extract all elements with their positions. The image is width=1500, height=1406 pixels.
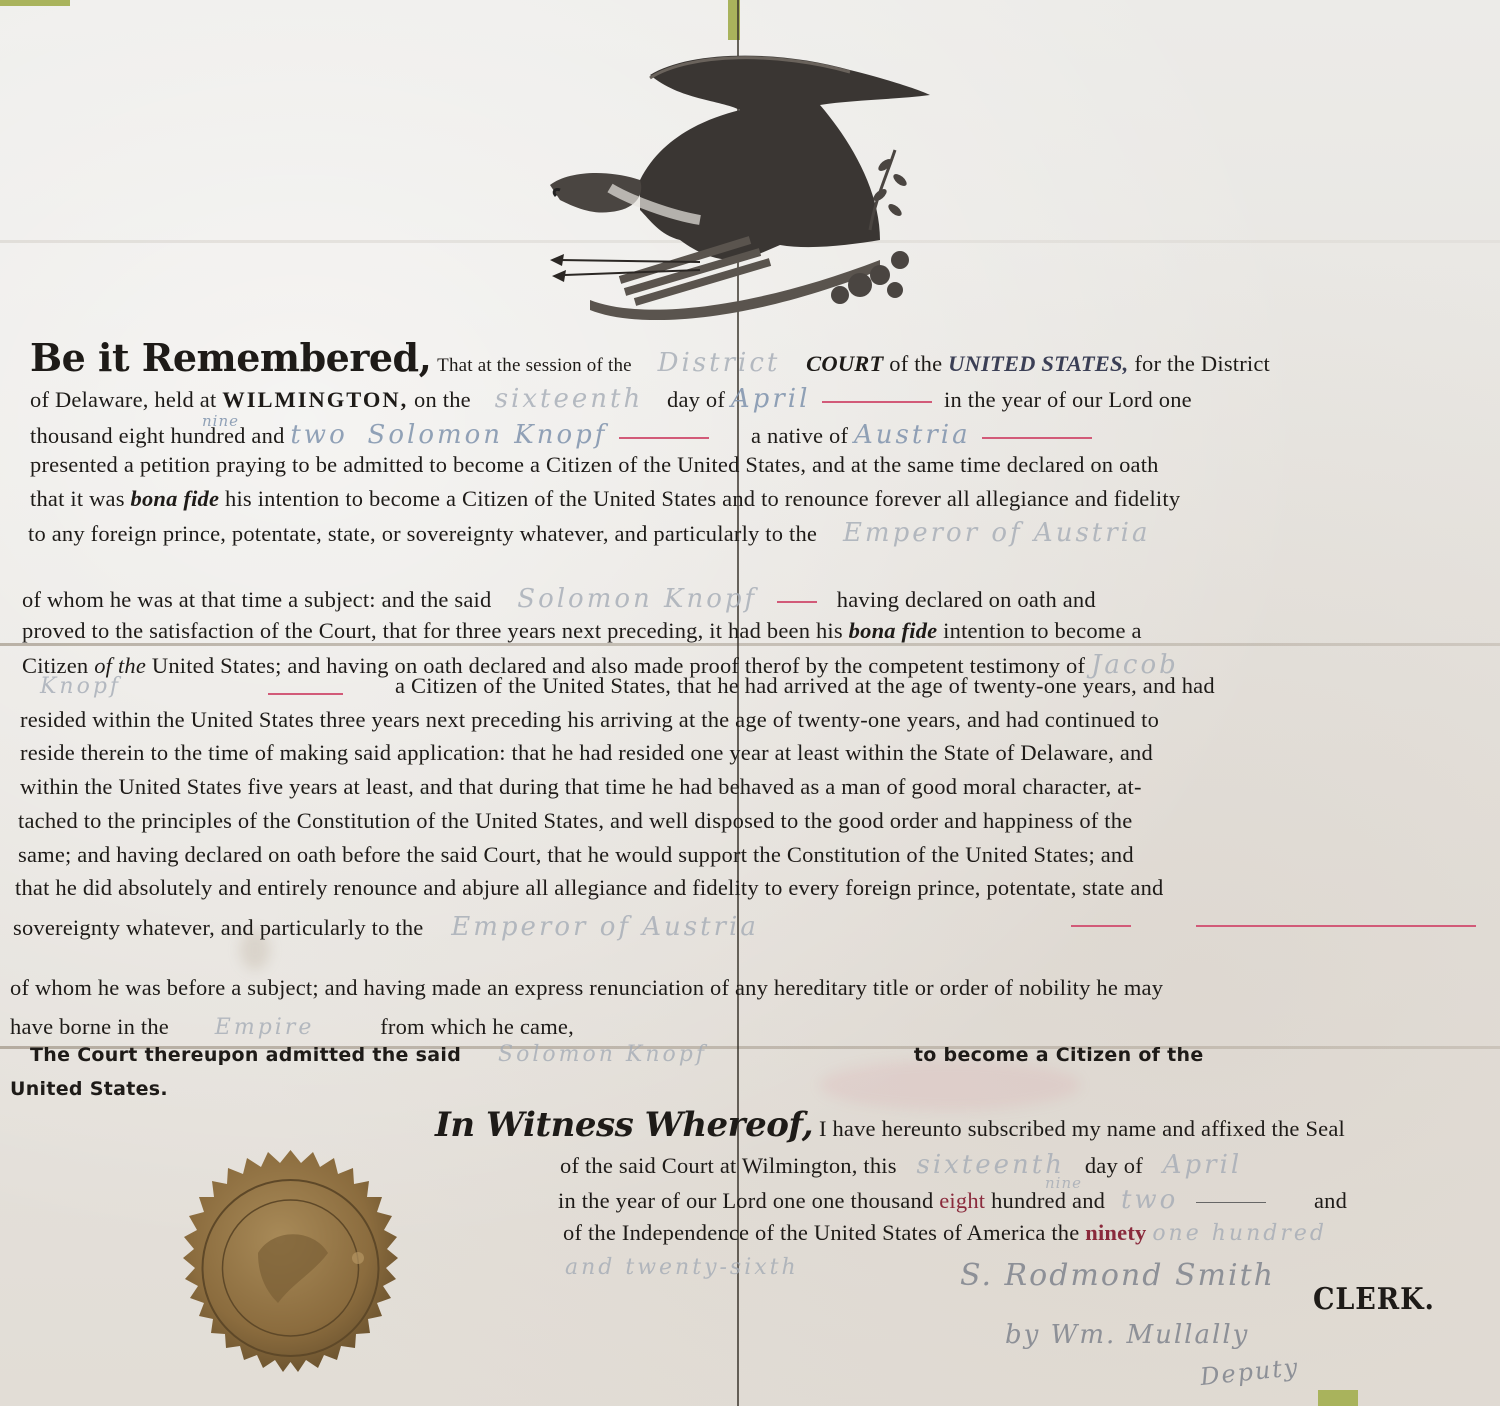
para3-line2: have borne in the Empire from which he c… <box>10 1014 574 1040</box>
handwritten-month: April <box>731 384 810 414</box>
in-witness-whereof-heading: In Witness Whereof, <box>435 1105 813 1145</box>
para2-line4: a Citizen of the United States, that he … <box>395 673 1215 699</box>
handwritten-day: sixteenth <box>917 1150 1065 1180</box>
handwritten-applicant-name: Solomon Knopf <box>498 1042 707 1067</box>
para2-line8: tached to the principles of the Constitu… <box>18 808 1132 834</box>
para1-line3: thousand eight hundred and two Solomon K… <box>30 420 1098 450</box>
clerk-label: CLERK. <box>1313 1282 1435 1317</box>
handwritten-day: sixteenth <box>495 384 643 414</box>
para2-line11: sovereignty whatever, and particularly t… <box>13 912 759 942</box>
witness-line2: of the said Court at Wilmington, this si… <box>560 1150 1242 1180</box>
handwritten-witness-last: Knopf <box>40 674 121 699</box>
handwritten-applicant-name: Solomon Knopf <box>368 420 608 450</box>
para3-line3: The Court thereupon admitted the said So… <box>30 1042 1204 1067</box>
background-edge <box>1318 1390 1358 1406</box>
red-rule <box>1196 925 1476 927</box>
para2-line7: within the United States five years at l… <box>20 774 1142 800</box>
handwritten-applicant-name: Solomon Knopf <box>517 584 757 614</box>
handwritten-independence-year-cont: and twenty-sixth <box>565 1255 799 1280</box>
red-rule <box>619 437 709 439</box>
handwritten-court: District <box>658 348 781 378</box>
handwritten-year: two <box>290 420 347 450</box>
court-seal-icon <box>163 1133 418 1388</box>
be-it-remembered-heading: Be it Remembered, <box>30 335 431 380</box>
witness-line4: of the Independence of the United States… <box>563 1220 1327 1246</box>
para2-line1: of whom he was at that time a subject: a… <box>22 584 1096 614</box>
para1-line4: presented a petition praying to be admit… <box>30 452 1159 478</box>
para1-line2: of Delaware, held at WILMINGTON, on the … <box>30 384 1192 414</box>
handwritten-sovereign: Emperor of Austria <box>451 912 759 942</box>
para1-line5: that it was bona fide his intention to b… <box>30 486 1180 512</box>
deputy-signature: by Wm. Mullally <box>1005 1320 1249 1350</box>
handwritten-month: April <box>1163 1150 1242 1180</box>
witness-line1: In Witness Whereof, I have hereunto subs… <box>435 1105 1345 1145</box>
para2-line2: proved to the satisfaction of the Court,… <box>22 618 1142 644</box>
para2-line9: same; and having declared on oath before… <box>18 842 1134 868</box>
water-stain <box>820 1060 1080 1110</box>
para1-line6: to any foreign prince, potentate, state,… <box>28 518 1151 548</box>
red-rule <box>982 437 1092 439</box>
eagle-emblem-icon <box>550 30 940 320</box>
handwritten-year: two <box>1121 1185 1178 1215</box>
background-edge <box>0 0 70 6</box>
para2-line5: resided within the United States three y… <box>20 707 1159 733</box>
handwritten-country: Austria <box>854 420 971 450</box>
para3-line4: United States. <box>10 1078 168 1100</box>
para3-line1: of whom he was before a subject; and hav… <box>10 975 1163 1001</box>
red-rule <box>1071 925 1131 927</box>
red-rule <box>822 401 932 403</box>
para1-line1: Be it Remembered, That at the session of… <box>30 335 1270 380</box>
para2-line6: reside therein to the time of making sai… <box>20 740 1153 766</box>
para2-line10: that he did absolutely and entirely reno… <box>15 875 1163 901</box>
handwritten-independence-year: one hundred <box>1152 1221 1327 1246</box>
clerk-signature: S. Rodmond Smith <box>960 1258 1275 1293</box>
handwritten-sovereign: Emperor of Austria <box>843 518 1151 548</box>
handwritten-correction: nine <box>202 412 239 430</box>
handwritten-empire: Empire <box>215 1015 315 1040</box>
red-rule <box>268 693 343 695</box>
witness-line3: in the year of our Lord one one thousand… <box>558 1185 1347 1215</box>
red-rule <box>777 601 817 603</box>
